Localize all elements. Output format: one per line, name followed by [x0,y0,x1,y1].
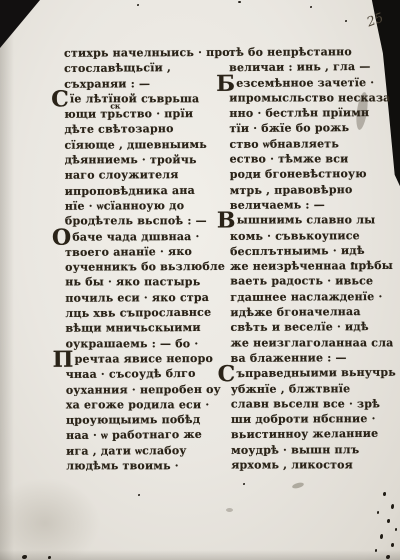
text-line: лць хвь съпрославнсе [65,306,235,323]
line-text: сїяюще , дшевныимь [64,138,206,152]
line-text: вьистинноу желанние [231,427,378,441]
ink-speck [375,549,377,552]
line-text: ество · тѣмже вси [230,152,349,165]
line-text: ипромысльство несказа [229,91,390,104]
drop-cap-initial: С [51,92,69,106]
text-line: чнаа · съсоудѣ блго [66,367,236,384]
text-line: ипроповѣдника ана [65,183,235,200]
text-line: цроующыимь побѣд [66,413,236,429]
line-text: ваеть радость · ивьсе [230,275,373,288]
text-line: идѣже бгоначелнаа [230,305,400,322]
text-line: съхраняи : — [64,76,234,92]
text-line: людѣмь твоимь · [66,459,236,474]
text-line: стославѣщьсїи , [64,61,234,78]
text-line: Безсемѣнное зачетїе · [229,76,399,92]
line-text: ющи трьство · прїи [64,107,193,121]
text-line: дѣянниемь · тройчь [65,153,235,168]
text-line: Пречтаа явисе непоро [66,352,236,368]
line-text: оукрашаемь : — бо · [66,337,199,350]
text-line: Сїе лѣтїной съврьша [64,92,234,107]
text-line: вьистинноу желанние [231,427,400,444]
line-text: почиль еси · яко стра [65,291,209,305]
text-line: убжнїе , блжтвнїе [231,381,400,397]
line-text: дѣте свѣтозарно [64,123,173,137]
line-text: їе лѣтїной съврьша [70,92,199,105]
line-text: нно · бестлѣн прїимн [229,106,369,120]
line-text: же неизглаголаннаа сла [231,336,394,349]
text-line: ига , дати ѡслабоу [66,444,236,460]
ink-smudge [226,508,233,512]
line-text: величаемь : — [230,198,325,211]
line-text: ярхомь , ликостоя [231,458,353,471]
text-line: моудрѣ · вышн плъ [231,443,400,459]
text-line: величаемь : — [230,198,400,214]
superscript-gloss: ск [110,102,120,111]
text-line: славн вьселн все · зрѣ [231,397,400,412]
text-line: ипромысльство несказа [229,91,399,106]
line-text: же неизрѣченнаа прѣбы [230,259,393,273]
line-text: ха егоже родила еси · [66,398,209,411]
text-column-left: стихрь начелныись · простославѣщьсїи ,съ… [64,46,236,475]
text-line: же неизглаголаннаа сла [231,336,400,351]
text-line: оукрашаемь : — бо · [66,337,236,352]
drop-cap-initial: О [52,230,71,244]
text-line: бесплътныимь · идѣ [230,244,400,261]
line-text: речтаа явисе непоро [75,352,213,366]
line-text: наа · ѡ работнаго же [66,428,202,442]
line-text: тѣ бо непрѣстанно [229,45,352,59]
text-line: оуханния · непробен оу [66,382,236,398]
line-text: моудрѣ · вышн плъ [231,443,359,457]
text-line: стихрь начелныись · про [64,46,234,62]
line-text: ши доброти нбснние · [231,412,376,426]
line-text: стославѣщьсїи , [64,61,171,75]
line-text: ва блаженние : — [231,351,347,365]
text-column-right: тѣ бо непрѣстанновеличаи : инь , гла —Бе… [229,45,400,474]
ink-speck [345,20,347,22]
line-text: гдашнее наслажденїе · [230,290,382,304]
text-line: комь · съвькоуписе [230,229,400,245]
line-text: величаи : инь , гла — [229,60,371,74]
text-line: почиль еси · яко стра [65,291,235,307]
text-line: Съправедныими вьнучрь [231,366,400,383]
text-line: ши доброти нбснние · [231,412,400,428]
text-line: мтрь , правовѣрно [230,182,400,199]
drop-cap-initial: С [218,367,236,381]
ink-speck [395,528,397,531]
ink-speck [238,1,241,3]
text-line: ха егоже родила еси · [66,398,236,413]
text-line: нїе · ѡсїанноую до [65,199,235,215]
line-text: вѣщи мничьскыими [65,321,200,335]
line-text: наго слоужителя [65,168,179,182]
text-line: тѣ бо непрѣстанно [229,45,399,61]
text-line: оученникъ бо вьзлюбле [65,260,235,276]
line-text: съхраняи : — [64,77,150,90]
line-text: ъправедныими вьнучрь [236,366,396,380]
line-text: убжнїе , блжтвнїе [231,382,351,396]
paper-stain-bottom-left [0,478,100,560]
text-line: величаи : инь , гла — [229,60,399,77]
line-text: ига , дати ѡслабоу [66,444,187,458]
line-text: цроующыимь побѣд [66,413,200,427]
line-text: бродѣтель вьспоѣ : — [65,214,207,227]
line-text: ипроповѣдника ана [65,184,195,198]
text-line: ство ѡбнавляеть [229,137,399,153]
text-line: нь бы · яко пастырь [65,276,235,291]
text-line: же неизрѣченнаа прѣбы [230,259,400,275]
drop-cap-initial: В [217,214,236,228]
line-text: бесплътныимь · идѣ [230,244,365,258]
line-text: стихрь начелныись · про [64,46,230,60]
line-text: тїи · бжїе бо рожь [229,122,349,136]
paper-edge-shading-left [0,0,14,560]
text-line: ва блаженние : — [231,351,400,367]
line-text: мтрь , правовѣрно [230,183,353,197]
line-text: ство ѡбнавляеть [229,137,339,151]
line-text: идѣже бгоначелнаа [230,305,360,319]
line-text: лць хвь съпрославнсе [65,306,211,320]
line-text: комь · съвькоуписе [230,229,360,243]
line-text: дѣянниемь · тройчь [65,153,197,166]
line-text: славн вьселн все · зрѣ [231,397,380,410]
ink-speck [377,511,379,514]
line-text: оуханния · непробен оу [66,382,221,396]
text-line: ество · тѣмже вси [230,152,400,167]
drop-cap-initial: П [53,353,74,367]
line-text: свѣть и веселїе · идѣ [230,320,368,334]
line-text: езсемѣнное зачетїе · [236,76,374,90]
ink-speck [138,494,140,496]
text-line: сїяюще , дшевныимь [64,138,234,154]
text-line: Вышниимь славно лы [230,214,400,229]
text-line: гдашнее наслажденїе · [230,290,400,306]
text-line: дѣте свѣтозарно [64,122,234,139]
text-line: тїи · бжїе бо рожь [229,121,399,138]
ink-speck [243,483,245,485]
line-text: баче чада дшвнаа · [72,230,199,244]
line-text: оученникъ бо вьзлюбле [65,260,225,274]
line-text: ышниимь славно лы [237,214,376,227]
line-text: нь бы · яко пастырь [65,276,200,289]
text-line: бродѣтель вьспоѣ : — [65,214,235,229]
drop-cap-initial: Б [216,76,235,90]
text-line: роди бгоневѣстноую [230,167,400,183]
line-text: людѣмь твоимь · [66,459,179,472]
manuscript-scan: 25 стихрь начелныись · простославѣщьсїи … [0,0,400,560]
text-line: твоего ананїе · яко [65,244,235,261]
text-line: ваеть радость · ивьсе [230,275,400,290]
text-line: наа · ѡ работнаго же [66,428,236,445]
ink-speck [310,6,312,8]
text-line: ярхомь , ликостоя [231,458,400,473]
line-text: чнаа · съсоудѣ блго [66,367,196,381]
text-line: Обаче чада дшвнаа · [65,229,235,245]
line-text: роди бгоневѣстноую [230,168,367,182]
ink-speck [137,4,139,6]
line-text: нїе · ѡсїанноую до [65,199,184,213]
line-text: твоего ананїе · яко [65,245,192,259]
text-line: свѣть и веселїе · идѣ [230,320,400,336]
text-line: наго слоужителя [65,168,235,184]
text-line: вѣщи мничьскыими [65,321,235,337]
